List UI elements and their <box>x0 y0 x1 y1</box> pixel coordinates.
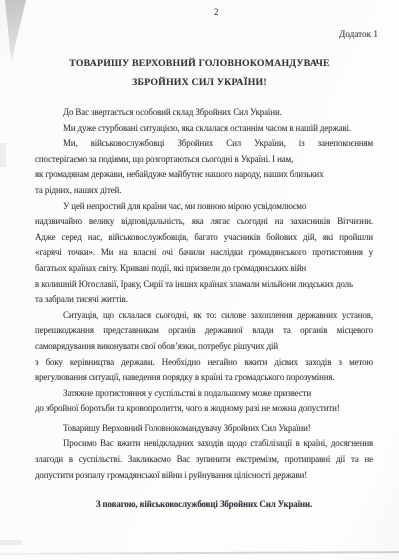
body-line: злагоди в суспільстві. Закликаємо Вас зу… <box>35 452 373 468</box>
letter-heading: ТОВАРИШУ ВЕРХОВНИЙ ГОЛОВНОКОМАНДУВАЧЕ ЗБ… <box>0 55 399 92</box>
body-line: з боку керівництва держави. Необхідно не… <box>35 355 373 371</box>
body-line: спостерігаємо за подіями, що розгортають… <box>35 152 373 168</box>
scan-smudge <box>0 143 6 167</box>
body-line: багатьох країнах світу. Криваві події, я… <box>35 261 373 277</box>
body-line: перешкоджання представникам органів держ… <box>35 323 373 339</box>
body-line: до збройної боротьби та кровопролиття, ч… <box>35 401 373 417</box>
annex-label: Додаток 1 <box>339 29 378 39</box>
body-line: врегулювання ситуації, наведення порядку… <box>35 370 373 386</box>
body-line: Ми, військовослужбовці Збройних Сил Укра… <box>35 136 373 152</box>
page-fold-artifact <box>5 0 26 62</box>
scan-edge-shadow <box>0 551 399 555</box>
scanned-letter-page: 2 Додаток 1 ТОВАРИШУ ВЕРХОВНИЙ ГОЛОВНОКО… <box>0 0 399 560</box>
body-line: Затяжне протистояння у суспільстві в под… <box>35 386 373 402</box>
body-line: До Вас звертається особовий склад Збройн… <box>35 105 373 121</box>
body-line: У цей непростий для країни час, ми повно… <box>35 199 373 215</box>
body-line: допустити розпалу громадянської війни і … <box>35 468 373 484</box>
heading-line-1: ТОВАРИШУ ВЕРХОВНИЙ ГОЛОВНОКОМАНДУВАЧЕ <box>0 55 399 74</box>
body-line: надзвичайно велику відповідальність, яка… <box>35 214 373 230</box>
body-line: як громадянам держави, небайдуже майбутн… <box>35 167 373 183</box>
body-line: та забрали тисячі життів. <box>35 292 373 308</box>
body-line: в колишній Югославії, Іраку, Сирії та ін… <box>35 277 373 293</box>
body-line: та рідних, наших дітей. <box>35 183 373 199</box>
closing-signature: З повагою, військовослужбовці Збройних С… <box>35 497 373 513</box>
body-line: Ситуація, що склалася сьогодні, як то: с… <box>35 308 373 324</box>
page-number: 2 <box>214 7 219 17</box>
body-line: «гарячі точки». Ми на власні очі бачили … <box>35 245 373 261</box>
scan-smudge <box>0 540 22 545</box>
heading-line-2: ЗБРОЙНИХ СИЛ УКРАЇНИ! <box>0 74 399 93</box>
letter-body: До Вас звертається особовий склад Збройн… <box>35 105 373 513</box>
body-line: Товаришу Верховний Головнокомандувачу Зб… <box>35 421 373 437</box>
body-line: Просимо Вас вжити невідкладних заходів щ… <box>35 436 373 452</box>
body-line: Ми дуже стурбовані ситуацією, яка склала… <box>35 121 373 137</box>
body-line: самоврядування виконувати свої обов’язки… <box>35 339 373 355</box>
body-line: Адже серед нас, військовослужбовців, баг… <box>35 230 373 246</box>
